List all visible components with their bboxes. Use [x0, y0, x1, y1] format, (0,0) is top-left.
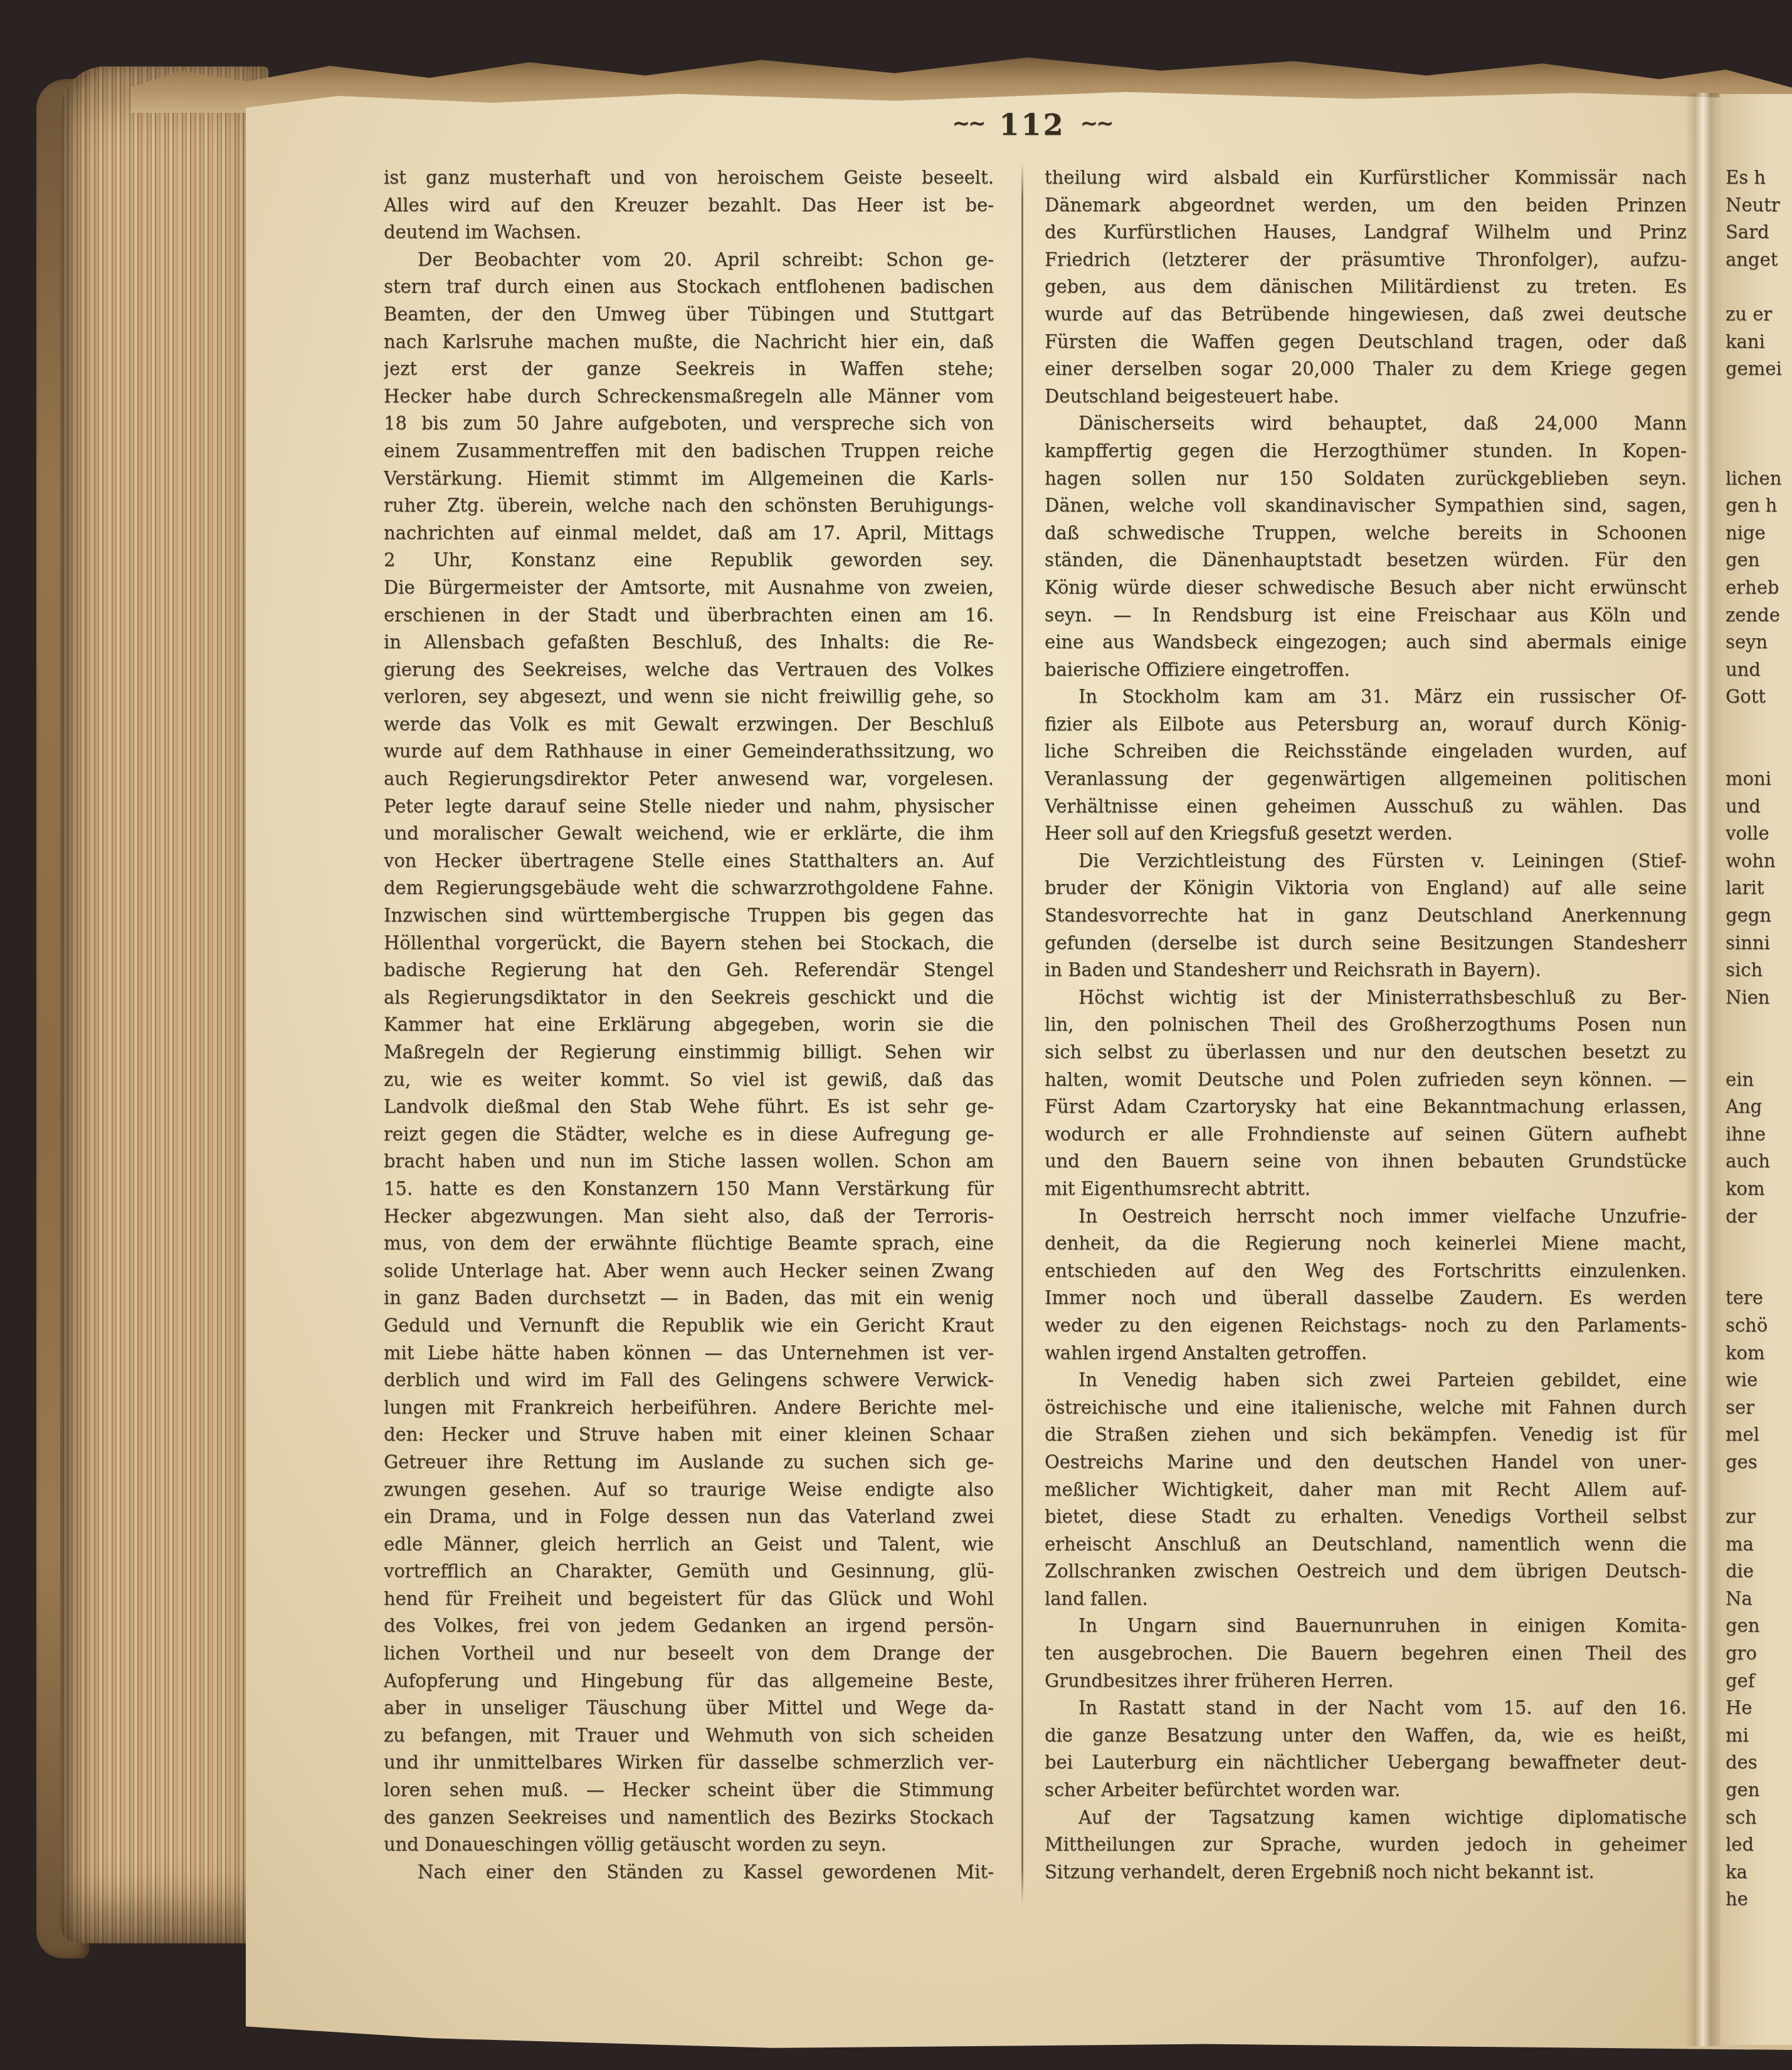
text-line: mel — [1726, 1421, 1792, 1449]
text-line: Sard — [1726, 219, 1792, 246]
text-line: Grundbesitzes ihrer früheren Herren. — [1045, 1668, 1687, 1695]
text-line: halten, womit Deutsche und Polen zufried… — [1045, 1066, 1687, 1094]
text-line: ist ganz musterhaft und von heroischem G… — [384, 164, 994, 192]
text-line: theilung wird alsbald ein Kurfürstlicher… — [1045, 164, 1687, 192]
text-line: derblich und wird im Fall des Gelingens … — [384, 1367, 994, 1394]
text-line: daß schwedische Truppen, welche bereits … — [1045, 520, 1687, 547]
text-line: He — [1726, 1694, 1792, 1722]
text-line: ma — [1726, 1531, 1792, 1558]
text-line: Immer noch und überall dasselbe Zaudern.… — [1045, 1285, 1687, 1312]
book-page-edges — [60, 66, 268, 1943]
text-line: lungen mit Frankreich herbeiführen. Ande… — [384, 1394, 994, 1422]
text-line — [1726, 1230, 1792, 1258]
text-line: Der Beobachter vom 20. April schreibt: S… — [384, 246, 994, 274]
text-line: Zollschranken zwischen Oestreich und dem… — [1045, 1558, 1687, 1585]
text-line: Fürsten die Waffen gegen Deutschland tra… — [1045, 328, 1687, 356]
text-line: Na — [1726, 1585, 1792, 1613]
text-line: Inzwischen sind württembergische Truppen… — [384, 902, 994, 930]
text-line: gierung des Seekreises, welche das Vertr… — [384, 656, 994, 684]
text-line: entschieden auf den Weg des Fortschritts… — [1045, 1258, 1687, 1285]
text-line: des — [1726, 1749, 1792, 1777]
text-line: kani — [1726, 328, 1792, 356]
text-line: led — [1726, 1831, 1792, 1859]
text-line: Dänemark abgeordnet werden, um den beide… — [1045, 192, 1687, 219]
text-line: mit Liebe hätte haben können — das Unter… — [384, 1340, 994, 1367]
page-gutter-fold — [1685, 93, 1721, 2046]
text-line: des Volkes, frei von jedem Gedanken an i… — [384, 1612, 994, 1640]
text-line: zur — [1726, 1503, 1792, 1531]
text-line: seyn. — In Rendsburg ist eine Freischaar… — [1045, 602, 1687, 629]
text-line: den: Hecker und Struve haben mit einer k… — [384, 1421, 994, 1449]
text-line: Verstärkung. Hiemit stimmt im Allgemeine… — [384, 465, 994, 493]
text-line: ein Drama, und in Folge dessen nun das V… — [384, 1503, 994, 1531]
text-line — [1726, 383, 1792, 411]
text-line: wohn — [1726, 848, 1792, 875]
text-line: baierische Offiziere eingetroffen. — [1045, 656, 1687, 684]
text-line: denheit, da die Regierung noch keinerlei… — [1045, 1230, 1687, 1258]
text-line: lin, den polnischen Theil des Großherzog… — [1045, 1011, 1687, 1039]
page-header: ∼∼112∼∼ — [376, 108, 1688, 142]
text-line: und ihr unmittelbares Wirken für dasselb… — [384, 1749, 994, 1777]
text-line: schö — [1726, 1312, 1792, 1340]
text-line: stern traf durch einen aus Stockach entf… — [384, 273, 994, 301]
text-line: werde das Volk es mit Gewalt erzwingen. … — [384, 711, 994, 738]
text-line: König würde dieser schwedische Besuch ab… — [1045, 574, 1687, 602]
text-line: sinni — [1726, 930, 1792, 957]
text-line: auch — [1726, 1148, 1792, 1175]
text-line: nige — [1726, 520, 1792, 547]
text-line: in Allensbach gefaßten Beschluß, des Inh… — [384, 629, 994, 656]
text-line: aber in unseliger Täuschung über Mittel … — [384, 1694, 994, 1722]
text-line: kampffertig gegen die Herzogthümer stund… — [1045, 438, 1687, 465]
text-line: ruher Ztg. überein, welche nach den schö… — [384, 492, 994, 520]
text-line: liche Schreiben die Reichsstände eingela… — [1045, 738, 1687, 765]
text-line: Oestreichs Marine und den deutschen Hand… — [1045, 1449, 1687, 1476]
text-line: Neutr — [1726, 192, 1792, 219]
text-line: hagen sollen nur 150 Soldaten zurückgebl… — [1045, 465, 1687, 493]
text-line: seyn — [1726, 629, 1792, 656]
text-line: wahlen irgend Anstalten getroffen. — [1045, 1340, 1687, 1367]
text-line: Es h — [1726, 164, 1792, 192]
text-line: auch Regierungsdirektor Peter anwesend w… — [384, 765, 994, 793]
text-line: des Kurfürstlichen Hauses, Landgraf Wilh… — [1045, 219, 1687, 246]
text-line — [1726, 1039, 1792, 1066]
page-number: 112 — [999, 108, 1065, 142]
text-line: ein — [1726, 1066, 1792, 1094]
text-line: Höchst wichtig ist der Ministerrathsbesc… — [1045, 984, 1687, 1012]
text-line: in ganz Baden durchsetzt — in Baden, das… — [384, 1285, 994, 1312]
text-line — [1726, 410, 1792, 438]
text-line: Gott — [1726, 683, 1792, 711]
text-line: zu er — [1726, 301, 1792, 328]
text-line: vortrefflich an Charakter, Gemüth und Ge… — [384, 1558, 994, 1585]
text-line: sch — [1726, 1804, 1792, 1832]
text-line: zwungen gesehen. Auf so traurige Weise e… — [384, 1476, 994, 1504]
text-line: ges — [1726, 1449, 1792, 1476]
text-line: in Baden und Standesherr und Reichsrath … — [1045, 957, 1687, 984]
text-line: fizier als Eilbote aus Petersburg an, wo… — [1045, 711, 1687, 738]
text-line: und — [1726, 793, 1792, 821]
text-line: Sitzung verhandelt, deren Ergebniß noch … — [1045, 1859, 1687, 1886]
text-line: Alles wird auf den Kreuzer bezahlt. Das … — [384, 192, 994, 219]
text-line: Landvolk dießmal den Stab Wehe führt. Es… — [384, 1093, 994, 1121]
text-line: und moralischer Gewalt weichend, wie er … — [384, 820, 994, 848]
text-line: moni — [1726, 765, 1792, 793]
text-line: bei Lauterburg ein nächtlicher Uebergang… — [1045, 1749, 1687, 1777]
text-line: sich — [1726, 957, 1792, 984]
text-line: 2 Uhr, Konstanz eine Republik geworden s… — [384, 547, 994, 574]
text-line — [1726, 1258, 1792, 1285]
text-line: Heer soll auf den Kriegsfuß gesetzt werd… — [1045, 820, 1687, 848]
text-line: ihne — [1726, 1121, 1792, 1148]
text-column-right: theilung wird alsbald ein Kurfürstlicher… — [1045, 164, 1687, 1886]
text-line: Hecker habe durch Schreckensmaßregeln al… — [384, 383, 994, 411]
text-line: Nach einer den Ständen zu Kassel geworde… — [384, 1859, 994, 1886]
text-line: bruder der Königin Viktoria von England)… — [1045, 875, 1687, 902]
text-line: gef — [1726, 1668, 1792, 1695]
text-line: lichen — [1726, 465, 1792, 493]
text-line: von Hecker übertragene Stelle eines Stat… — [384, 848, 994, 875]
text-line: die Straßen ziehen und sich bekämpfen. V… — [1045, 1421, 1687, 1449]
text-line: Friedrich (letzterer der präsumtive Thro… — [1045, 246, 1687, 274]
text-line: wie — [1726, 1367, 1792, 1394]
text-line: geben, aus dem dänischen Militärdienst z… — [1045, 273, 1687, 301]
text-line: Geduld und Vernunft die Republik wie ein… — [384, 1312, 994, 1340]
text-line: anget — [1726, 246, 1792, 274]
text-line: mus, von dem der erwähnte flüchtige Beam… — [384, 1230, 994, 1258]
text-line: solide Unterlage hat. Aber wenn auch Hec… — [384, 1258, 994, 1285]
text-line: badische Regierung hat den Geh. Referend… — [384, 957, 994, 984]
text-line: land fallen. — [1045, 1585, 1687, 1613]
text-line: deutend im Wachsen. — [384, 219, 994, 246]
text-line: mi — [1726, 1722, 1792, 1750]
text-line: Peter legte darauf seine Stelle nieder u… — [384, 793, 994, 821]
text-line: hend für Freiheit und begeistert für das… — [384, 1585, 994, 1613]
text-line: edle Männer, gleich herrlich an Geist un… — [384, 1531, 994, 1558]
text-line: die — [1726, 1558, 1792, 1585]
text-line: scher Arbeiter befürchtet worden war. — [1045, 1777, 1687, 1804]
text-line: die ganze Besatzung unter den Waffen, da… — [1045, 1722, 1687, 1750]
text-line: Die Verzichtleistung des Fürsten v. Lein… — [1045, 848, 1687, 875]
text-line: einem Zusammentreffen mit den badischen … — [384, 438, 994, 465]
text-line: des ganzen Seekreises und namentlich des… — [384, 1804, 994, 1832]
text-line: kom — [1726, 1340, 1792, 1367]
text-line: larit — [1726, 875, 1792, 902]
text-line: ten ausgebrochen. Die Bauern begehren ei… — [1045, 1640, 1687, 1668]
text-line: In Oestreich herrscht noch immer vielfac… — [1045, 1203, 1687, 1231]
text-line: bietet, diese Stadt zu erhalten. Venedig… — [1045, 1503, 1687, 1531]
text-line: wurde auf das Betrübende hingewiesen, da… — [1045, 301, 1687, 328]
text-line: und Donaueschingen völlig getäuscht word… — [384, 1831, 994, 1859]
text-line: Dänen, welche voll skandinavischer Sympa… — [1045, 492, 1687, 520]
text-line: Getreuer ihre Rettung im Auslande zu suc… — [384, 1449, 994, 1476]
text-line: Nien — [1726, 984, 1792, 1012]
column-rule — [1021, 162, 1023, 1905]
text-line: Hecker abgezwungen. Man sieht also, daß … — [384, 1203, 994, 1231]
text-line: ständen, die Dänenhauptstadt besetzen wü… — [1045, 547, 1687, 574]
text-line — [1726, 738, 1792, 765]
text-line: Kammer hat eine Erklärung abgegeben, wor… — [384, 1011, 994, 1039]
text-line: ka — [1726, 1859, 1792, 1886]
text-line: In Venedig haben sich zwei Parteien gebi… — [1045, 1367, 1687, 1394]
text-line: zu befangen, mit Trauer und Wehmuth von … — [384, 1722, 994, 1750]
text-line: wodurch er alle Frohndienste auf seinen … — [1045, 1121, 1687, 1148]
text-line: nachrichten auf einmal meldet, daß am 17… — [384, 520, 994, 547]
text-line: zu, wie es weiter kommt. So viel ist gew… — [384, 1066, 994, 1094]
text-line: Auf der Tagsatzung kamen wichtige diplom… — [1045, 1804, 1687, 1832]
text-line: gen — [1726, 547, 1792, 574]
text-line: In Ungarn sind Bauernunruhen in einigen … — [1045, 1612, 1687, 1640]
text-line: Standesvorrechte hat in ganz Deutschland… — [1045, 902, 1687, 930]
text-line: einer derselben sogar 20,000 Thaler zu d… — [1045, 355, 1687, 383]
text-column-left: ist ganz musterhaft und von heroischem G… — [384, 164, 994, 1886]
text-line: In Stockholm kam am 31. März ein russisc… — [1045, 683, 1687, 711]
text-line: östreichische und eine italienische, wel… — [1045, 1394, 1687, 1422]
facing-page-text-clipped: Es hNeutrSardanget zu erkanigemei lichen… — [1726, 164, 1792, 1913]
text-line: Mittheilungen zur Sprache, wurden jedoch… — [1045, 1831, 1687, 1859]
text-line: lichen Vortheil und nur beseelt von dem … — [384, 1640, 994, 1668]
text-line: gefunden (derselbe ist durch seine Besit… — [1045, 930, 1687, 957]
text-line: In Rastatt stand in der Nacht vom 15. au… — [1045, 1694, 1687, 1722]
text-line: zende — [1726, 602, 1792, 629]
ornament-left: ∼∼ — [952, 111, 984, 136]
text-line: kom — [1726, 1175, 1792, 1203]
text-line — [1726, 1476, 1792, 1504]
text-line: gen — [1726, 1777, 1792, 1804]
text-line: gen — [1726, 1612, 1792, 1640]
text-line: Veranlassung der gegenwärtigen allgemein… — [1045, 765, 1687, 793]
text-line: gen h — [1726, 492, 1792, 520]
text-line: gemei — [1726, 355, 1792, 383]
text-line: volle — [1726, 820, 1792, 848]
text-line: jezt erst der ganze Seekreis in Waffen s… — [384, 355, 994, 383]
text-line — [1726, 711, 1792, 738]
text-line — [1726, 438, 1792, 465]
text-line: und den Bauern seine von ihnen bebauten … — [1045, 1148, 1687, 1175]
text-line: verloren, sey abgesezt, und wenn sie nic… — [384, 683, 994, 711]
text-line: Die Bürgermeister der Amtsorte, mit Ausn… — [384, 574, 994, 602]
text-line: dem Regierungsgebäude weht die schwarzro… — [384, 875, 994, 902]
text-line: Dänischerseits wird behauptet, daß 24,00… — [1045, 410, 1687, 438]
text-line: als Regierungsdiktator in den Seekreis g… — [384, 984, 994, 1012]
text-line: 15. hatte es den Konstanzern 150 Mann Ve… — [384, 1175, 994, 1203]
text-line: 18 bis zum 50 Jahre aufgeboten, und vers… — [384, 410, 994, 438]
text-line: sich selbst zu überlassen und nur den de… — [1045, 1039, 1687, 1066]
text-line: erheischt Anschluß an Deutschland, namen… — [1045, 1531, 1687, 1558]
text-line: Deutschland beigesteuert habe. — [1045, 383, 1687, 411]
text-line — [1726, 1011, 1792, 1039]
text-line: ser — [1726, 1394, 1792, 1422]
text-line: Beamten, der den Umweg über Tübingen und… — [384, 301, 994, 328]
text-line: Höllenthal vorgerückt, die Bayern stehen… — [384, 930, 994, 957]
text-line: Verhältnisse einen geheimen Ausschuß zu … — [1045, 793, 1687, 821]
text-line: meßlicher Wichtigkeit, daher man mit Rec… — [1045, 1476, 1687, 1504]
text-line: erschienen in der Stadt und überbrachten… — [384, 602, 994, 629]
text-line: der — [1726, 1203, 1792, 1231]
text-line: erheb — [1726, 574, 1792, 602]
text-line: eine aus Wandsbeck eingezogen; auch sind… — [1045, 629, 1687, 656]
text-line: bracht haben und nun im Stiche lassen wo… — [384, 1148, 994, 1175]
text-line: tere — [1726, 1285, 1792, 1312]
text-line: he — [1726, 1886, 1792, 1913]
text-line: Maßregeln der Regierung einstimmig billi… — [384, 1039, 994, 1066]
text-line — [1726, 273, 1792, 301]
text-line: Aufopferung und Hingebung für das allgem… — [384, 1668, 994, 1695]
text-line: mit Eigenthumsrecht abtritt. — [1045, 1175, 1687, 1203]
text-line: Ang — [1726, 1093, 1792, 1121]
text-line: reizt gegen die Städter, welche es in di… — [384, 1121, 994, 1148]
text-line: gegn — [1726, 902, 1792, 930]
text-line: wurde auf dem Rathhause in einer Gemeind… — [384, 738, 994, 765]
text-line: nach Karlsruhe machen mußte, die Nachric… — [384, 328, 994, 356]
text-line: loren sehen muß. — Hecker scheint über d… — [384, 1777, 994, 1804]
text-line: Fürst Adam Czartorysky hat eine Bekanntm… — [1045, 1093, 1687, 1121]
text-line: gro — [1726, 1640, 1792, 1668]
text-line: und — [1726, 656, 1792, 684]
ornament-right: ∼∼ — [1080, 111, 1112, 136]
text-line: weder zu den eigenen Reichstags- noch zu… — [1045, 1312, 1687, 1340]
